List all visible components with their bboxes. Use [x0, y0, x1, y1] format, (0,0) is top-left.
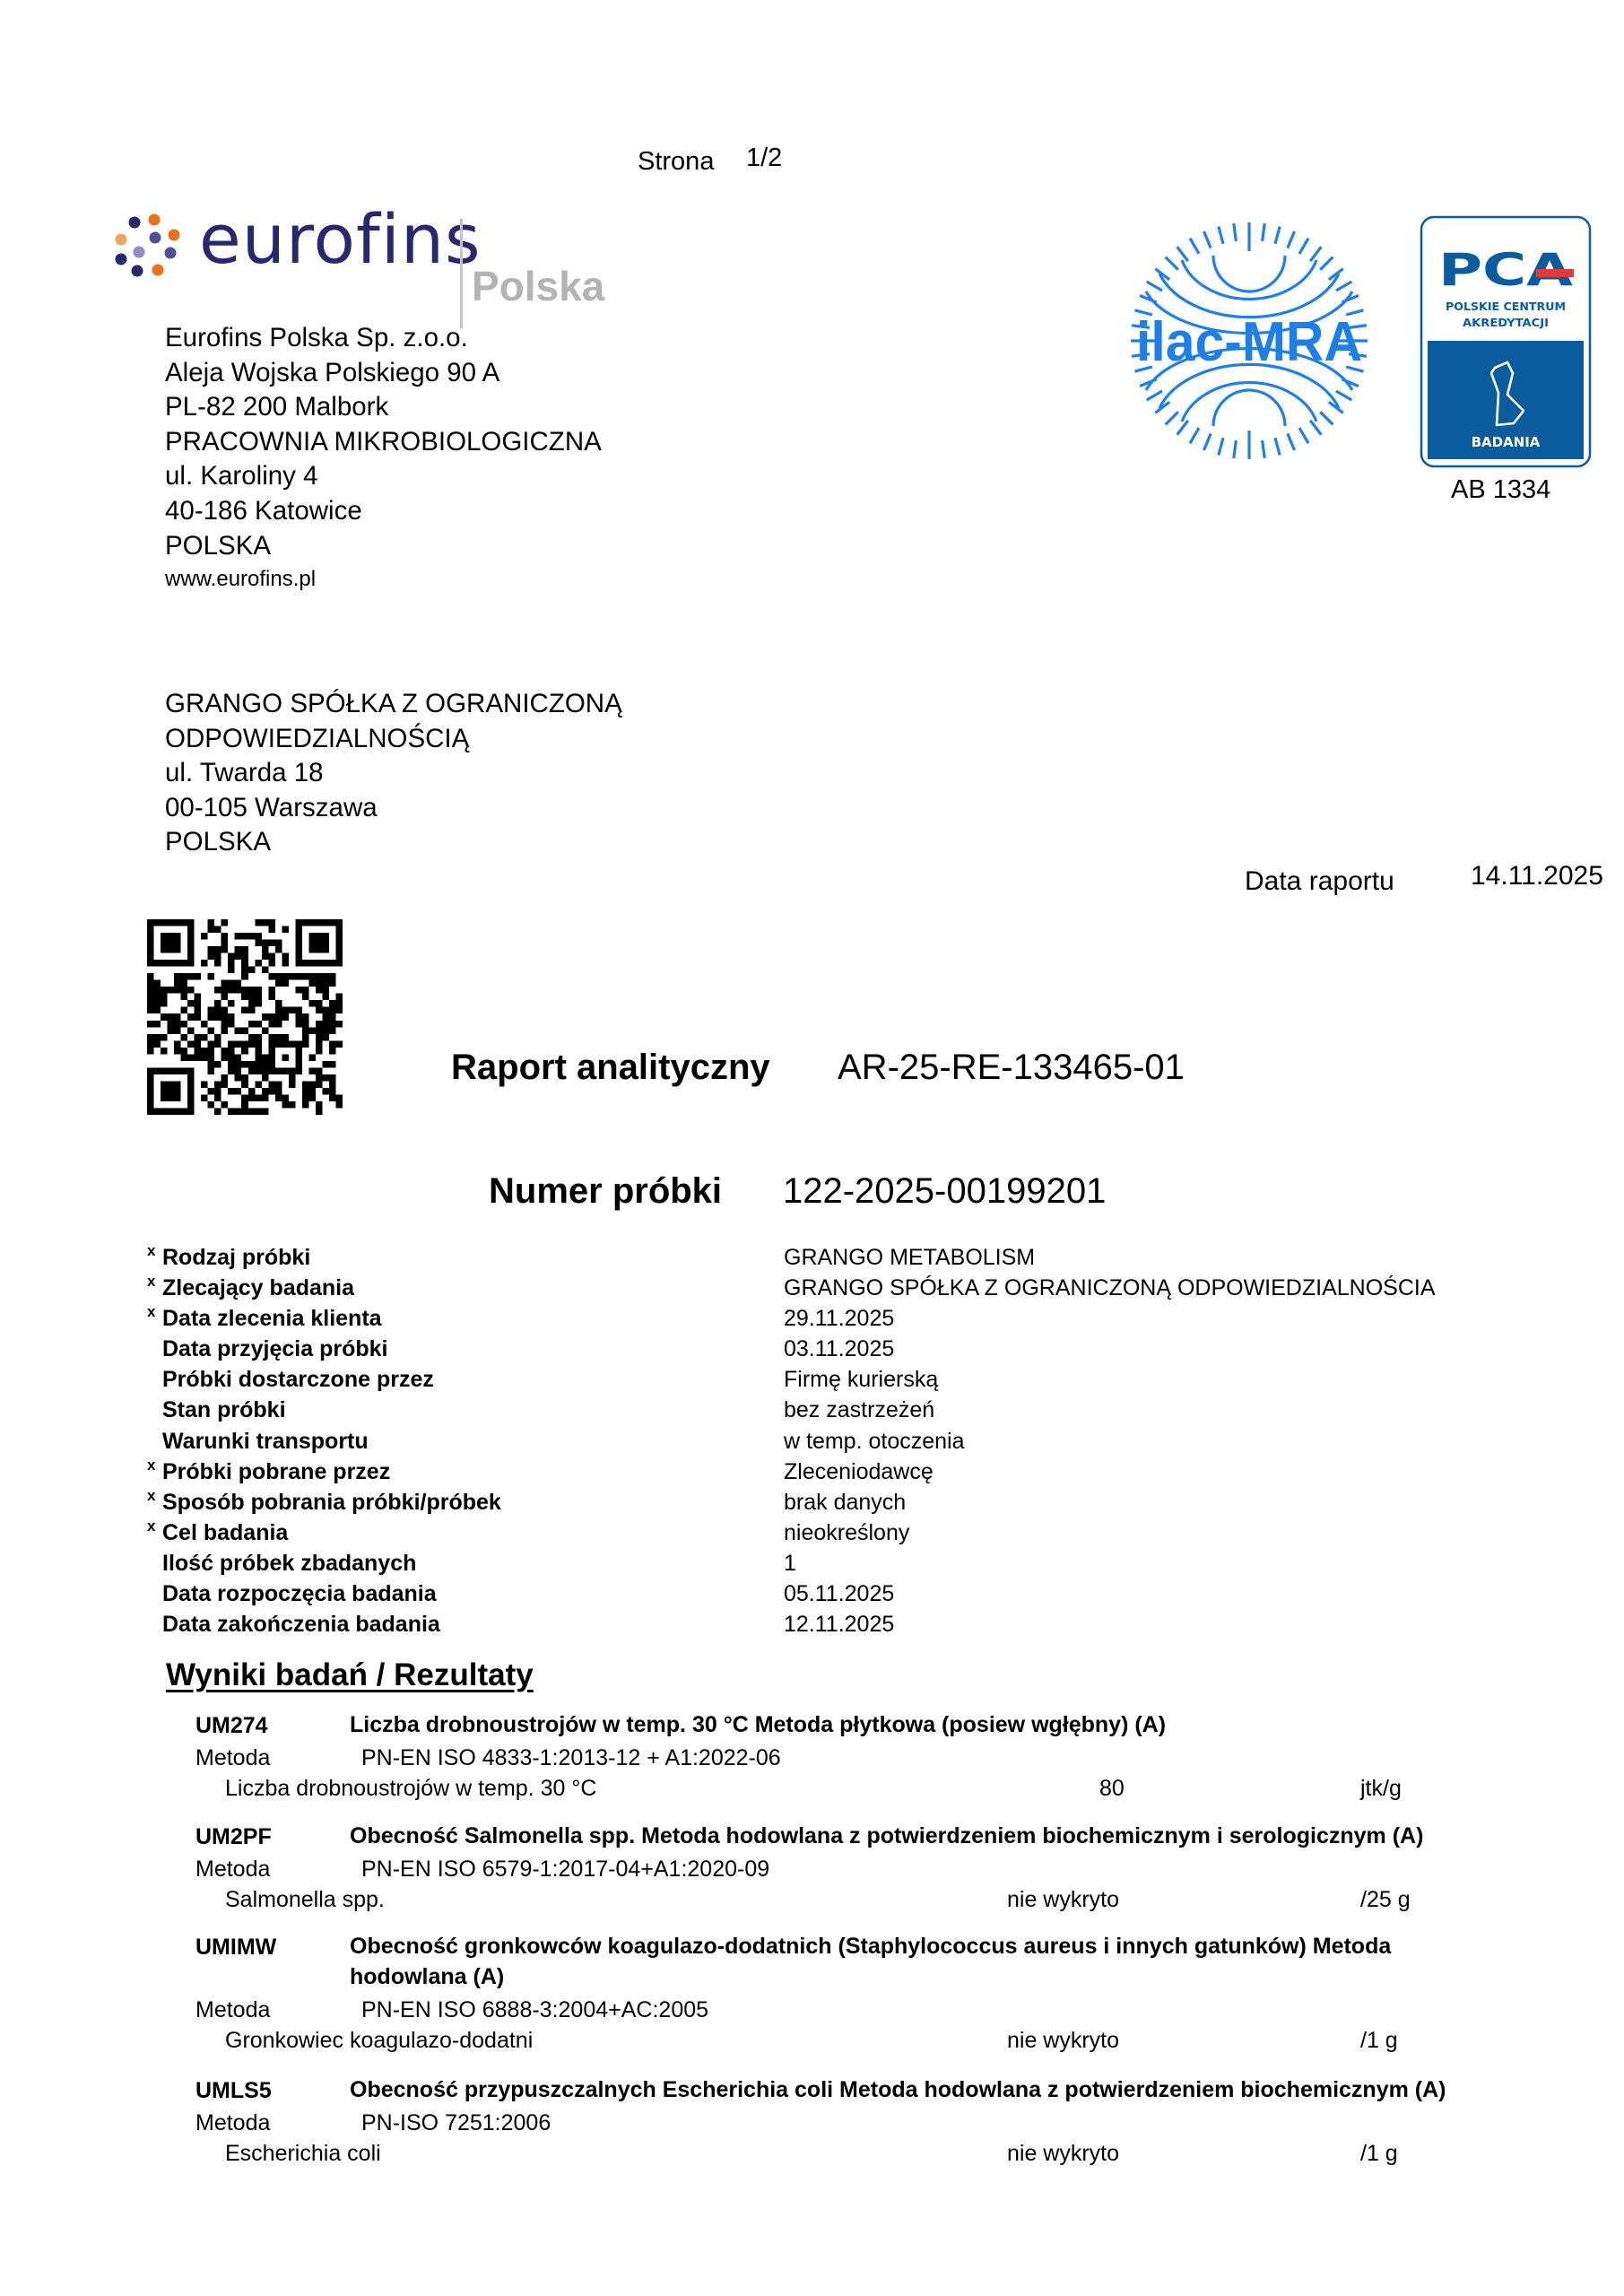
- sample-info-row: xData zlecenia klienta29.11.2025: [143, 1303, 1462, 1334]
- test-code: UMIMW: [195, 1935, 276, 1961]
- client-address-line: GRANGO SPÓŁKA Z OGRANICZONĄ: [165, 687, 622, 722]
- sample-info-value: 05.11.2025: [784, 1581, 1458, 1607]
- result-value: nie wykryto: [1007, 2028, 1119, 2054]
- test-description: Obecność Salmonella spp. Metoda hodowlan…: [350, 1821, 1507, 1851]
- lab-address-line: PL-82 200 Malbork: [165, 390, 602, 425]
- sample-info-label: Data zlecenia klienta: [162, 1306, 382, 1332]
- result-value: nie wykryto: [1007, 2141, 1119, 2167]
- sample-info-row: xCel badanianieokreślony: [143, 1518, 1462, 1548]
- pca-accreditation-badge-icon: PCA POLSKIE CENTRUM AKREDYTACJI BADANIA: [1420, 215, 1592, 468]
- sample-info-label: Sposób pobrania próbki/próbek: [162, 1490, 501, 1516]
- lab-address-line: PRACOWNIA MIKROBIOLOGICZNA: [165, 425, 602, 460]
- sample-info-label: Zlecający badania: [162, 1275, 354, 1301]
- analyte-name: Escherichia coli: [225, 2141, 381, 2167]
- method-standard: PN-ISO 7251:2006: [361, 2110, 551, 2136]
- method-label: Metoda: [195, 1745, 270, 1771]
- test-code: UM2PF: [195, 1824, 272, 1850]
- method-label: Metoda: [195, 1857, 270, 1883]
- lab-address-line: POLSKA: [165, 529, 602, 564]
- test-code: UM274: [195, 1713, 268, 1739]
- svg-text:AKREDYTACJI: AKREDYTACJI: [1463, 317, 1549, 329]
- client-address-line: ul. Twarda 18: [165, 756, 622, 791]
- unaccredited-mark: x: [147, 1457, 155, 1474]
- sample-info-value: 12.11.2025: [784, 1612, 1458, 1638]
- unaccredited-mark: x: [147, 1242, 155, 1260]
- report-date-label: Data raportu: [1245, 866, 1394, 897]
- sample-info-row: Ilość próbek zbadanych1: [143, 1548, 1462, 1578]
- sample-info-row: xSposób pobrania próbki/próbekbrak danyc…: [143, 1487, 1462, 1518]
- sample-info-label: Stan próbki: [162, 1397, 286, 1423]
- sample-info-value: nieokreślony: [784, 1520, 1458, 1546]
- sample-info-label: Próbki pobrane przez: [162, 1459, 390, 1485]
- sample-info-label: Ilość próbek zbadanych: [162, 1551, 416, 1577]
- client-address: GRANGO SPÓŁKA Z OGRANICZONĄ ODPOWIEDZIAL…: [165, 687, 622, 860]
- sample-info-label: Data zakończenia badania: [162, 1612, 440, 1638]
- sample-info-label: Cel badania: [162, 1520, 288, 1546]
- lab-website: www.eurofins.pl: [165, 563, 602, 596]
- analyte-name: Gronkowiec koagulazo-dodatni: [225, 2028, 533, 2054]
- sample-info-table: xRodzaj próbkiGRANGO METABOLISMxZlecając…: [143, 1242, 1462, 1639]
- sample-info-label: Rodzaj próbki: [162, 1245, 310, 1271]
- svg-text:ilac-MRA: ilac-MRA: [1136, 311, 1362, 373]
- sample-info-row: Próbki dostarczone przezFirmę kurierską: [143, 1364, 1462, 1395]
- eurofins-dots-icon: [115, 213, 187, 278]
- test-code: UMLS5: [195, 2078, 272, 2104]
- test-description: Obecność gronkowców koagulazo-dodatnich …: [350, 1931, 1507, 1992]
- sample-info-value: Firmę kurierską: [784, 1367, 1458, 1393]
- result-unit: /1 g: [1360, 2141, 1398, 2167]
- sample-info-value: 1: [784, 1551, 1458, 1577]
- sample-info-value: brak danych: [784, 1490, 1458, 1516]
- result-unit: /1 g: [1360, 2028, 1398, 2054]
- analyte-name: Liczba drobnoustrojów w temp. 30 °C: [225, 1776, 596, 1802]
- method-standard: PN-EN ISO 6888-3:2004+AC:2005: [361, 1997, 708, 2023]
- page-number: 1/2: [746, 143, 782, 173]
- client-address-line: POLSKA: [165, 825, 622, 860]
- sample-info-row: Data zakończenia badania12.11.2025: [143, 1609, 1462, 1639]
- client-address-line: 00-105 Warszawa: [165, 791, 622, 826]
- sample-info-value: 29.11.2025: [784, 1306, 1458, 1332]
- sample-info-value: GRANGO METABOLISM: [784, 1245, 1458, 1271]
- results-heading: Wyniki badań / Rezultaty: [166, 1657, 534, 1693]
- sample-info-row: Stan próbkibez zastrzeżeń: [143, 1395, 1462, 1425]
- sample-info-row: Data przyjęcia próbki03.11.2025: [143, 1334, 1462, 1364]
- analyte-name: Salmonella spp.: [225, 1887, 385, 1913]
- client-address-line: ODPOWIEDZIALNOŚCIĄ: [165, 722, 622, 757]
- sample-info-row: Warunki transportuw temp. otoczenia: [143, 1426, 1462, 1457]
- sample-info-value: bez zastrzeżeń: [784, 1397, 1458, 1423]
- lab-address-line: Aleja Wojska Polskiego 90 A: [165, 356, 602, 391]
- result-unit: /25 g: [1360, 1887, 1411, 1913]
- sample-info-row: Data rozpoczęcia badania05.11.2025: [143, 1578, 1462, 1609]
- test-description: Liczba drobnoustrojów w temp. 30 °C Meto…: [350, 1709, 1507, 1740]
- method-label: Metoda: [195, 2110, 270, 2136]
- sample-info-label: Data przyjęcia próbki: [162, 1336, 387, 1362]
- unaccredited-mark: x: [147, 1487, 155, 1505]
- result-value: 80: [1099, 1776, 1125, 1802]
- report-title-label: Raport analityczny: [451, 1048, 770, 1088]
- sample-info-value: GRANGO SPÓŁKA Z OGRANICZONĄ ODPOWIEDZIAL…: [784, 1275, 1458, 1301]
- report-date-value: 14.11.2025: [1471, 861, 1603, 891]
- svg-text:BADANIA: BADANIA: [1472, 434, 1541, 450]
- report-number: AR-25-RE-133465-01: [838, 1048, 1185, 1088]
- sample-info-value: 03.11.2025: [784, 1336, 1458, 1362]
- sample-info-row: xZlecający badaniaGRANGO SPÓŁKA Z OGRANI…: [143, 1273, 1462, 1303]
- qr-code-icon: [146, 919, 343, 1115]
- accreditation-number: AB 1334: [1451, 475, 1550, 505]
- test-description: Obecność przypuszczalnych Escherichia co…: [350, 2074, 1507, 2105]
- sample-info-label: Próbki dostarczone przez: [162, 1367, 434, 1393]
- lab-address-line: 40-186 Katowice: [165, 494, 602, 529]
- sample-number: 122-2025-00199201: [783, 1171, 1106, 1212]
- method-label: Metoda: [195, 1997, 270, 2023]
- method-standard: PN-EN ISO 6579-1:2017-04+A1:2020-09: [361, 1857, 769, 1883]
- lab-address: Eurofins Polska Sp. z.o.o. Aleja Wojska …: [165, 321, 602, 596]
- eurofins-logo: eurofins Polska: [115, 212, 617, 337]
- unaccredited-mark: x: [147, 1303, 155, 1321]
- method-standard: PN-EN ISO 4833-1:2013-12 + A1:2022-06: [361, 1745, 781, 1771]
- sample-info-row: xRodzaj próbkiGRANGO METABOLISM: [143, 1242, 1462, 1273]
- eurofins-wordmark: eurofins: [199, 199, 482, 279]
- ilac-mra-logo-icon: ilac-MRA: [1128, 220, 1370, 462]
- sample-number-label: Numer próbki: [489, 1171, 722, 1212]
- result-unit: jtk/g: [1360, 1776, 1402, 1802]
- result-value: nie wykryto: [1007, 1887, 1119, 1913]
- lab-address-line: Eurofins Polska Sp. z.o.o.: [165, 321, 602, 356]
- eurofins-country: Polska: [472, 262, 604, 310]
- lab-address-line: ul. Karoliny 4: [165, 459, 602, 494]
- sample-info-label: Data rozpoczęcia badania: [162, 1581, 437, 1607]
- logo-divider: [460, 219, 463, 328]
- sample-info-value: w temp. otoczenia: [784, 1429, 1458, 1455]
- sample-info-row: xPróbki pobrane przezZleceniodawcę: [143, 1457, 1462, 1487]
- sample-info-value: Zleceniodawcę: [784, 1459, 1458, 1485]
- svg-text:POLSKIE CENTRUM: POLSKIE CENTRUM: [1446, 300, 1566, 313]
- sample-info-label: Warunki transportu: [162, 1429, 369, 1455]
- unaccredited-mark: x: [147, 1518, 155, 1535]
- unaccredited-mark: x: [147, 1273, 155, 1291]
- page-label: Strona: [638, 147, 714, 177]
